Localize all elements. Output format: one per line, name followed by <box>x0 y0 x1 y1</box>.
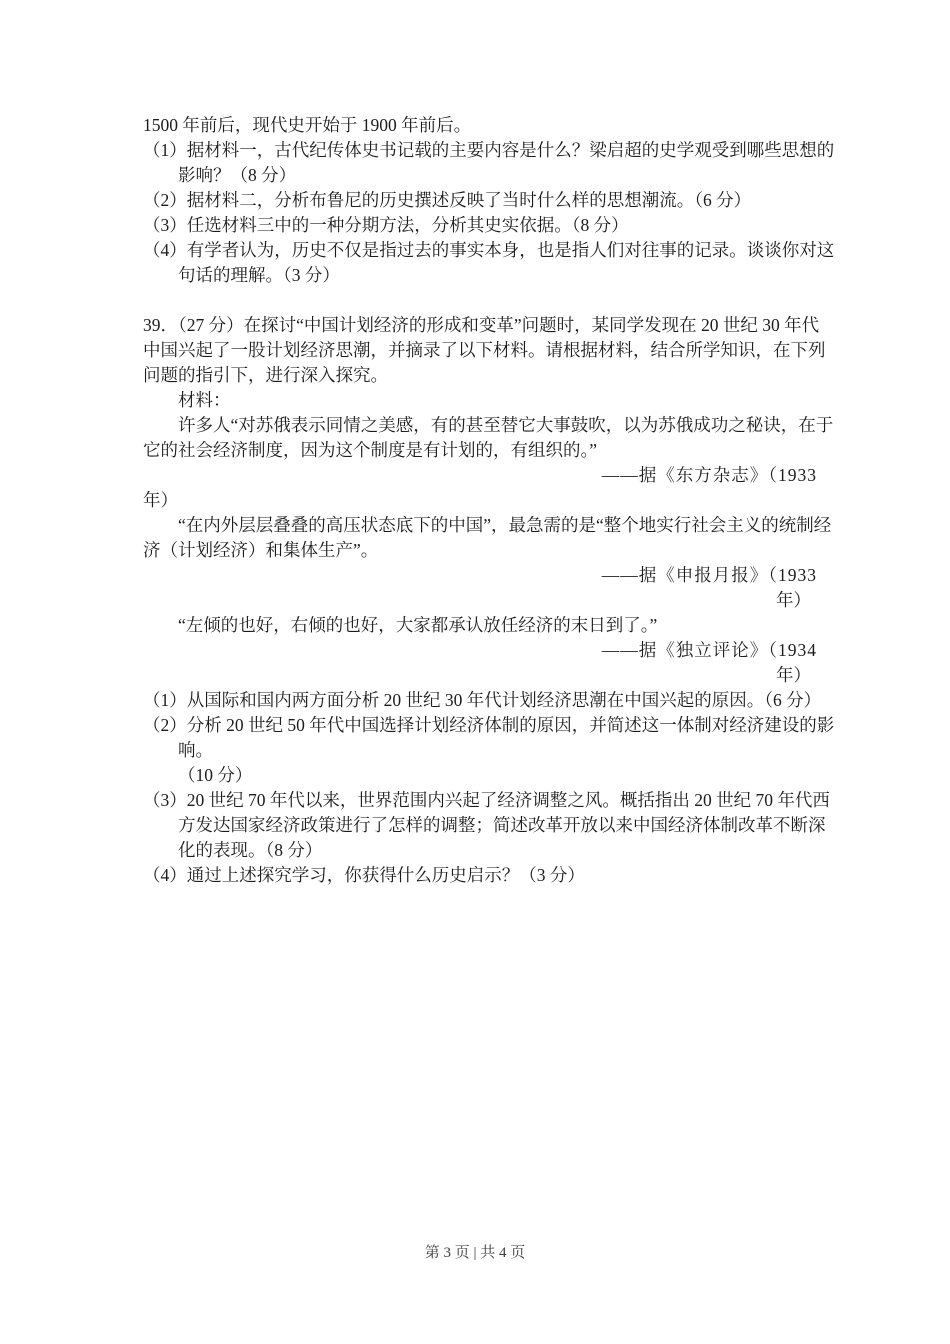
exam-page: 1500 年前后，现代史开始于 1900 年前后。 （1）据材料一，古代纪传体史… <box>0 0 950 1344</box>
document-body: 1500 年前后，现代史开始于 1900 年前后。 （1）据材料一，古代纪传体史… <box>143 113 859 888</box>
q39-sub-question-2: （2）分析 20 世纪 50 年代中国选择计划经济体制的原因，并简述这一体制对经… <box>143 713 859 788</box>
q38-sub-question-3: （3）任选材料三中的一种分期方法，分析其史实依据。（8 分） <box>143 213 859 238</box>
q39-material-quote-2: “在内外层层叠叠的高压状态底下的中国”，最急需的是“整个地实行社会主义的统制经 … <box>143 513 859 563</box>
q39-material-label: 材料： <box>143 388 859 413</box>
q38-opening-line: 1500 年前后，现代史开始于 1900 年前后。 <box>143 113 859 138</box>
q39-sub-question-4: （4）通过上述探究学习，你获得什么历史启示？（3 分） <box>143 863 859 888</box>
q39-material-source-2: ——据《申报月报》（1933 <box>143 563 859 588</box>
q38-sub-question-2: （2）据材料二，分析布鲁尼的历史撰述反映了当时什么样的思想潮流。（6 分） <box>143 188 859 213</box>
paragraph-spacer <box>143 288 859 313</box>
page-indicator: 第 3 页 | 共 4 页 <box>425 1245 526 1261</box>
q39-sub-question-3: （3）20 世纪 70 年代以来，世界范围内兴起了经济调整之风。概括指出 20 … <box>143 788 859 863</box>
q39-sub-question-1: （1）从国际和国内两方面分析 20 世纪 30 年代计划经济思潮在中国兴起的原因… <box>143 688 859 713</box>
q39-material-source-1-wrap: 年） <box>143 488 859 513</box>
q39-material-source-3: ——据《独立评论》（1934 <box>143 638 859 663</box>
q38-sub-question-4: （4）有学者认为，历史不仅是指过去的事实本身，也是指人们对往事的记录。谈谈你对这… <box>143 238 859 288</box>
q39-material-source-3-wrap: 年） <box>143 663 859 688</box>
page-footer: 第 3 页 | 共 4 页 <box>0 1243 950 1263</box>
q39-stem: 39．（27 分）在探讨“中国计划经济的形成和变革”问题时，某同学发现在 20 … <box>143 313 859 388</box>
q38-sub-question-1: （1）据材料一，古代纪传体史书记载的主要内容是什么？梁启超的史学观受到哪些思想的… <box>143 138 859 188</box>
q39-material-source-1: ——据《东方杂志》（1933 <box>143 463 859 488</box>
q39-material-quote-1: 许多人“对苏俄表示同情之美感，有的甚至替它大事鼓吹，以为苏俄成功之秘诀，在于 它… <box>143 413 859 463</box>
q39-material-source-2-wrap: 年） <box>143 588 859 613</box>
q39-material-quote-3: “左倾的也好，右倾的也好，大家都承认放任经济的末日到了。” <box>143 613 859 638</box>
